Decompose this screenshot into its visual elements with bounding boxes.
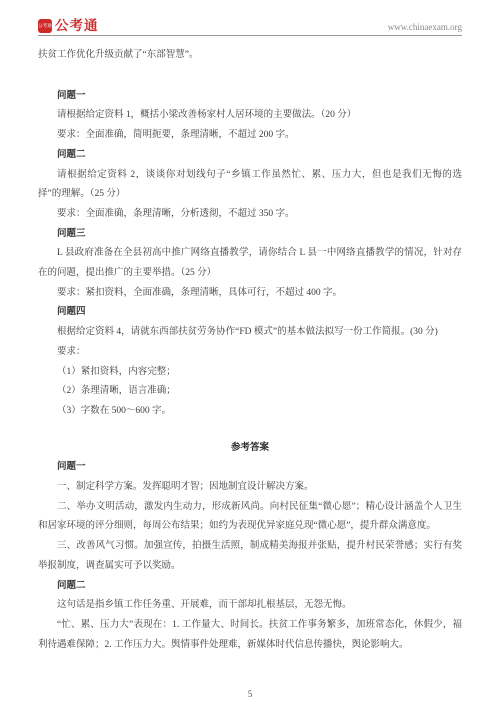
paragraph-question-3: L 县政府准备在全县初高中推广网络直播教学，请你结合 L 县一中网络直播教学的情… [38,244,462,283]
page-footer: 5 [0,689,500,699]
section-heading-question-4: 问题四 [38,303,462,323]
brand-logo-icon: 公考通 [38,19,52,33]
paragraph-requirement-4-item-1: （1）紧扣资料，内容完整； [38,363,462,383]
section-heading-question-1: 问题一 [38,87,462,107]
page-number: 5 [248,689,253,699]
section-heading-question-3: 问题三 [38,225,462,245]
paragraph-answer-1-point-1: 一、制定科学方案。发挥聪明才智；因地制宜设计解决方案。 [38,478,462,498]
paragraph-requirement-3: 要求：紧扣资料，全面准确，条理清晰，具体可行，不超过 400 字。 [38,284,462,304]
section-heading-question-2: 问题二 [38,146,462,166]
paragraph-answer-1-point-3: 三、改善风气习惯。加强宣传，拍摄生活照，制成精美海报并张贴，提升村民荣誉感；实行… [38,537,462,576]
site-url-link[interactable]: www.chinaexam.org [388,21,462,33]
paragraph-requirement-4-item-2: （2）条理清晰，语言准确； [38,382,462,402]
brand-logo: 公考通 公考通 [38,18,99,33]
section-heading-answer-2: 问题二 [38,577,462,597]
paragraph-requirement-4-item-3: （3）字数在 500～600 字。 [38,402,462,422]
paragraph-answer-2-point-2: “忙、累、压力大”表现在：1. 工作量大、时间长。扶贫工作事务繁多，加班常态化，… [38,616,462,655]
paragraph-continuation: 扶贫工作优化升级贡献了“东部智慧”。 [38,46,462,66]
brand-logo-text: 公考通 [55,18,99,33]
paragraph-question-4: 根据给定资料 4，请就东西部扶贫劳务协作“FD 模式”的基本做法拟写一份工作简报… [38,323,462,343]
paragraph-requirement-4-label: 要求： [38,343,462,363]
paragraph-answer-2-point-1: 这句话是指乡镇工作任务重、开展难，而干部却扎根基层，无怨无悔。 [38,596,462,616]
document-body: 扶贫工作优化升级贡献了“东部智慧”。 问题一 请根据给定资料 1，概括小梁改善杨… [38,46,462,655]
section-heading-answer-1: 问题一 [38,458,462,478]
paragraph-question-1: 请根据给定资料 1，概括小梁改善杨家村人居环境的主要做法。（20 分） [38,106,462,126]
paragraph-question-2: 请根据给定资料 2，谈谈你对划线句子“乡镇工作虽然忙、累、压力大，但也是我们无悔… [38,166,462,205]
document-page: 公考通 公考通 www.chinaexam.org 扶贫工作优化升级贡献了“东部… [0,0,500,707]
paragraph-answer-1-point-2: 二、举办文明活动，激发内生动力，形成新风尚。向村民征集“微心愿”；精心设计涵盖个… [38,498,462,537]
paragraph-requirement-2: 要求：全面准确，条理清晰，分析透彻，不超过 350 字。 [38,205,462,225]
page-header: 公考通 公考通 www.chinaexam.org [38,0,462,36]
section-heading-reference-answers: 参考答案 [38,439,462,459]
paragraph-requirement-1: 要求：全面准确，简明扼要，条理清晰，不超过 200 字。 [38,126,462,146]
